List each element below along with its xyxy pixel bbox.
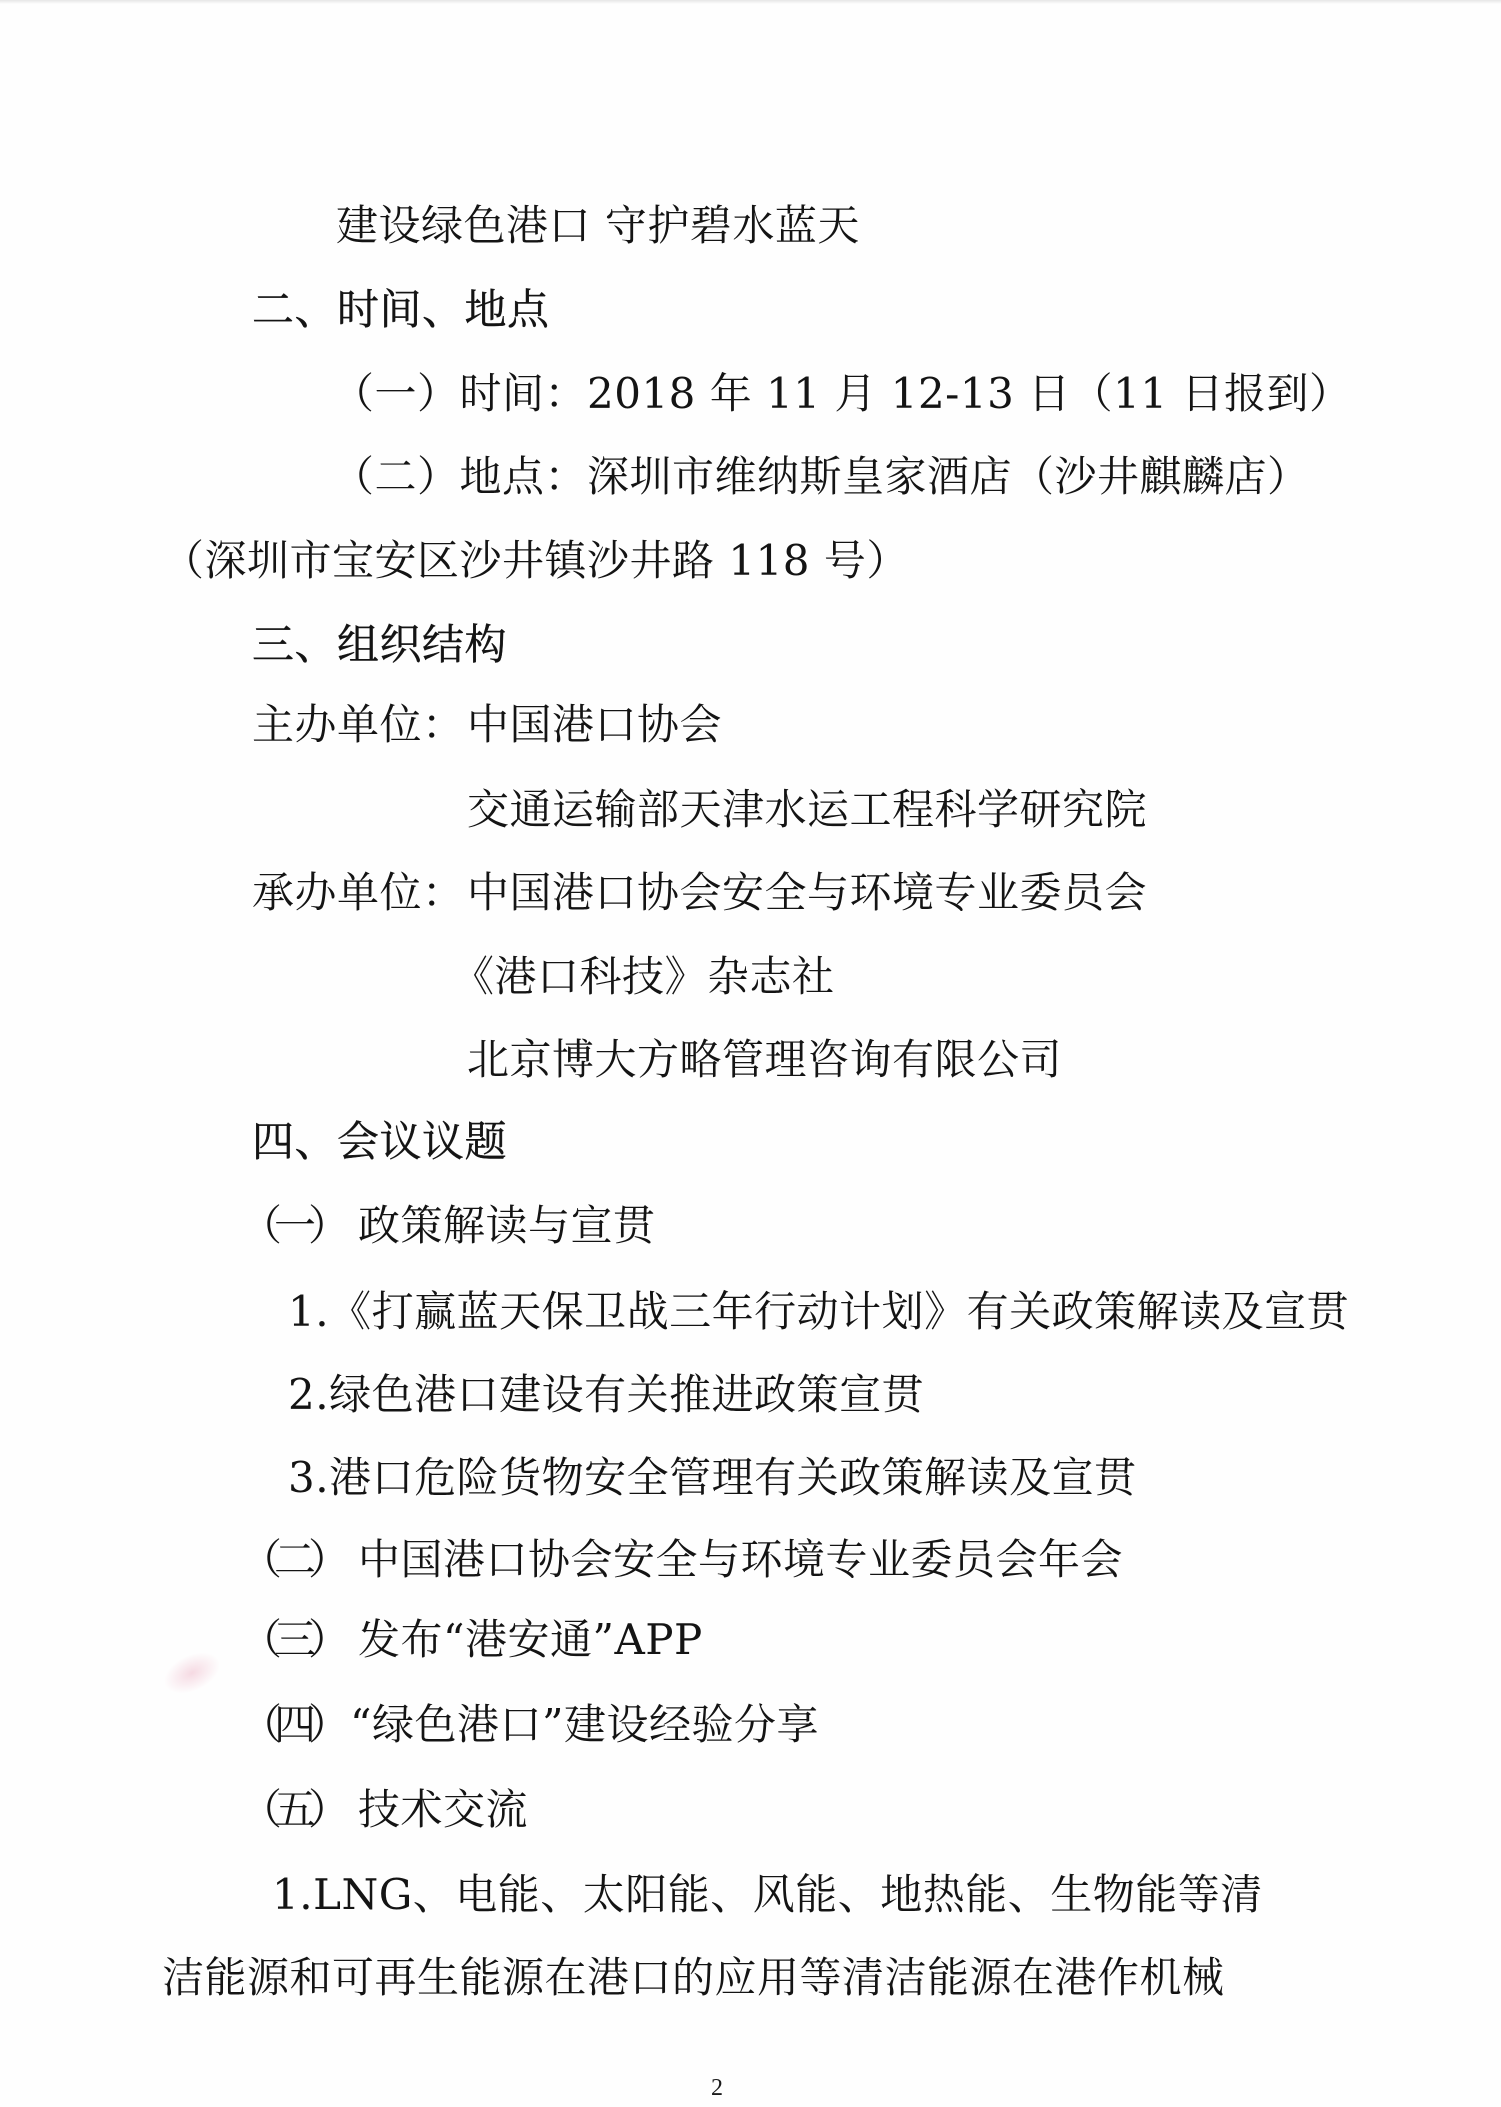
section-heading-time-venue: 二、时间、地点 — [252, 284, 550, 336]
section-heading-agenda: 四、会议议题 — [252, 1116, 507, 1168]
page-number: 2 — [707, 2074, 727, 2102]
scan-edge — [0, 0, 1501, 4]
host-label: 主办单位： — [252, 699, 465, 751]
theme-line: 建设绿色港口 守护碧水蓝天 — [336, 200, 860, 252]
host-organization: 交通运输部天津水运工程科学研究院 — [467, 784, 1147, 836]
venue-address: （深圳市宝安区沙井镇沙井路 118 号） — [162, 535, 909, 587]
agenda-topic: （四） “绿色港口”建设经验分享 — [240, 1699, 1340, 1751]
ink-smudge — [157, 1644, 227, 1702]
document-page: 建设绿色港口 守护碧水蓝天 二、时间、地点 （一）时间：2018 年 11 月 … — [0, 0, 1501, 2107]
agenda-topic-text: 中国港口协会安全与环境专业委员会年会 — [358, 1534, 1123, 1586]
organizer-organization: 《港口科技》杂志社 — [452, 951, 835, 1003]
agenda-topic: （一） 政策解读与宣贯 — [240, 1200, 1340, 1252]
host-row: 主办单位： 中国港口协会 — [252, 699, 1302, 751]
agenda-topic-label: （一） — [240, 1200, 342, 1252]
agenda-topic-label: （五） — [240, 1784, 342, 1836]
section-heading-organization: 三、组织结构 — [252, 619, 507, 671]
organizer-row: 承办单位： 中国港口协会安全与环境专业委员会 — [252, 867, 1302, 919]
agenda-topic: （五） 技术交流 — [240, 1784, 1340, 1836]
agenda-subitem: 2.绿色港口建设有关推进政策宣贯 — [288, 1369, 924, 1421]
agenda-topic-text: 政策解读与宣贯 — [358, 1200, 656, 1252]
agenda-subitem: 1.《打赢蓝天保卫战三年行动计划》有关政策解读及宣贯 — [288, 1286, 1349, 1338]
agenda-subitem: 1.LNG、电能、太阳能、风能、地热能、生物能等清 — [272, 1869, 1263, 1921]
agenda-topic: （三） 发布“港安通”APP — [240, 1614, 1340, 1666]
agenda-topic-text: 技术交流 — [358, 1784, 528, 1836]
meeting-venue: （二）地点：深圳市维纳斯皇家酒店（沙井麒麟店） — [332, 451, 1310, 503]
agenda-topic-label: （二） — [240, 1534, 342, 1586]
organizer-label: 承办单位： — [252, 867, 465, 919]
agenda-topic-label: （三） — [240, 1614, 342, 1666]
organizer-organization: 北京博大方略管理咨询有限公司 — [467, 1034, 1062, 1086]
agenda-topic-text: 发布“港安通”APP — [358, 1614, 703, 1666]
host-organization: 中国港口协会 — [467, 699, 722, 751]
agenda-topic: （二） 中国港口协会安全与环境专业委员会年会 — [240, 1534, 1340, 1586]
agenda-topic-text: “绿色港口”建设经验分享 — [350, 1699, 819, 1751]
organizer-organization: 中国港口协会安全与环境专业委员会 — [467, 867, 1147, 919]
agenda-subitem-continuation: 洁能源和可再生能源在港口的应用等清洁能源在港作机械 — [162, 1952, 1225, 2004]
agenda-topic-label: （四） — [240, 1699, 342, 1751]
agenda-subitem: 3.港口危险货物安全管理有关政策解读及宣贯 — [288, 1452, 1137, 1504]
meeting-time: （一）时间：2018 年 11 月 12-13 日（11 日报到） — [332, 368, 1351, 420]
